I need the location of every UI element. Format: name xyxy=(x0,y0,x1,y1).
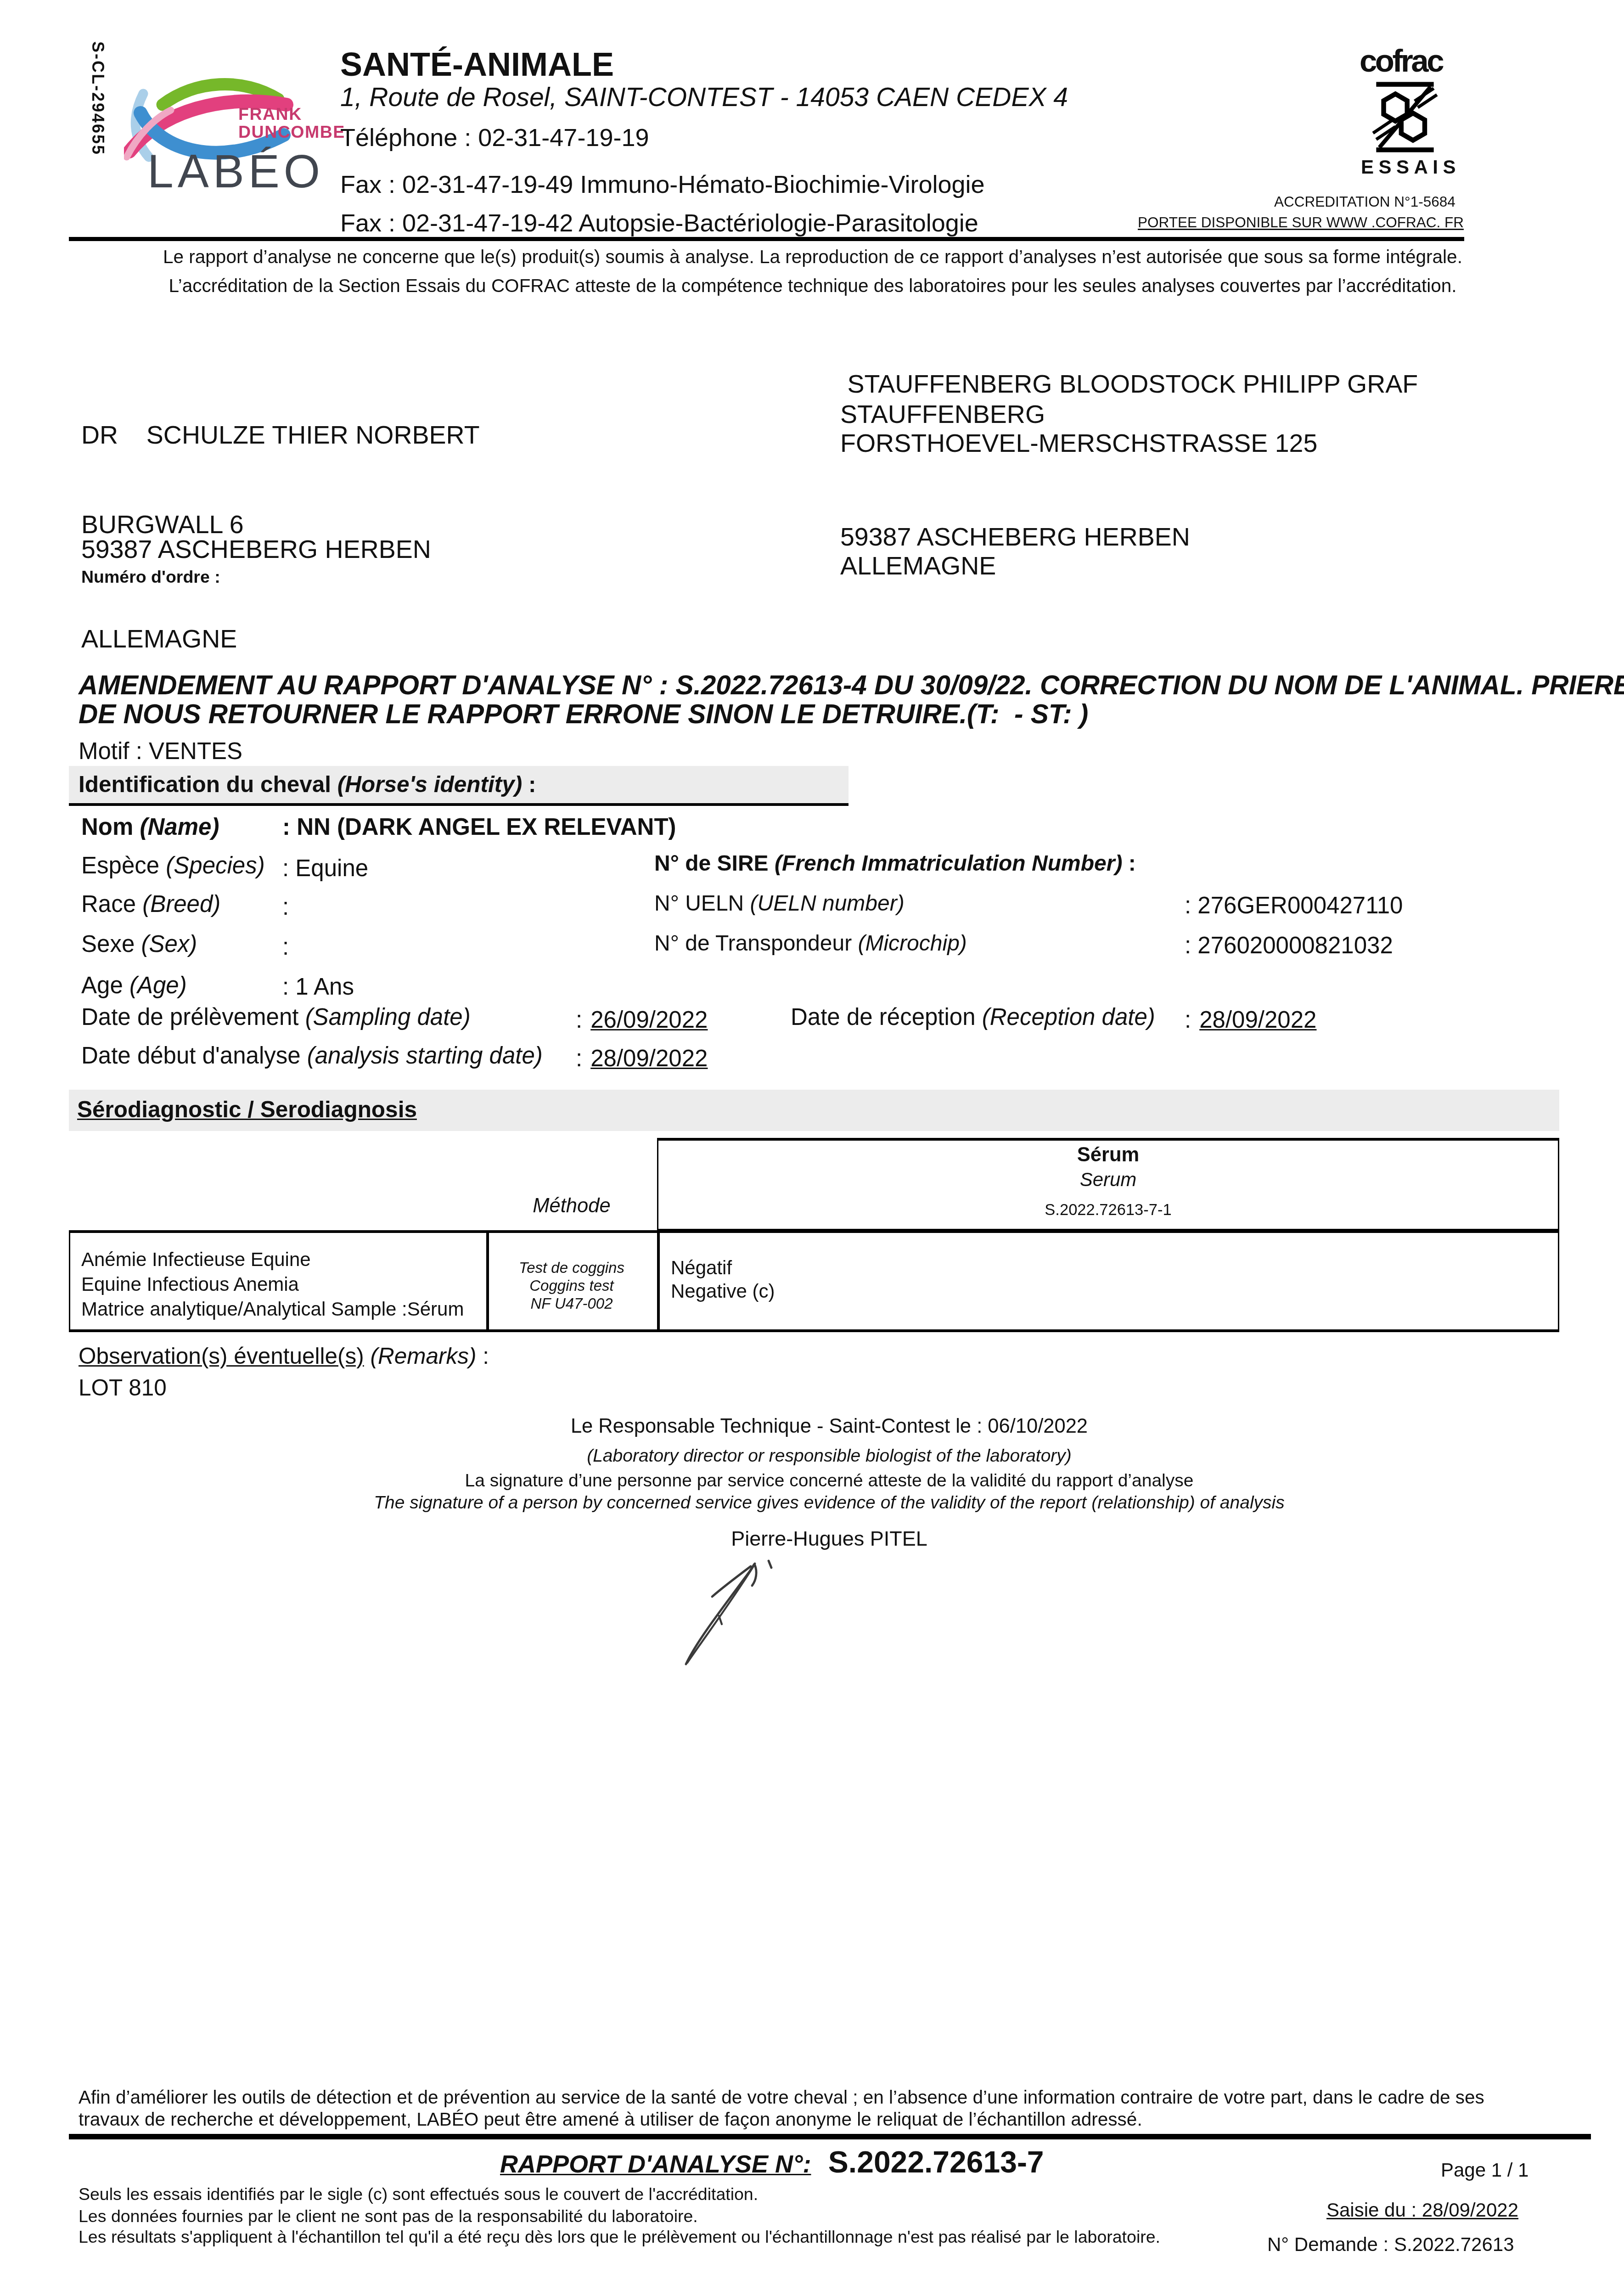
order-number-label: Numéro d'ordre : xyxy=(81,568,220,587)
department-title: SANTÉ-ANIMALE xyxy=(340,47,614,85)
research-notice-line-1: Afin d’améliorer les outils de détection… xyxy=(79,2087,1484,2108)
validity-line-fr: La signature d’une personne par service … xyxy=(69,1470,1590,1491)
identification-title-fr: Identification du cheval xyxy=(79,773,337,798)
cofrac-wordmark: cofrac xyxy=(1360,43,1442,80)
signer-name: Pierre-Hugues PITEL xyxy=(69,1528,1590,1551)
lab-address: 1, Route de Rosel, SAINT-CONTEST - 14053… xyxy=(340,84,1068,114)
identification-section-title: Identification du cheval (Horse's identi… xyxy=(79,773,536,799)
motif-line: Motif : VENTES xyxy=(79,738,242,766)
report-number-label: RAPPORT D'ANALYSE N°: xyxy=(500,2150,811,2178)
observations-label-fr: Observation(s) éventuelle(s) xyxy=(79,1345,364,1369)
footer-divider xyxy=(69,2134,1591,2139)
age-label: Age (Age) xyxy=(81,973,187,1000)
analysis-start-date-value: :28/09/2022 xyxy=(576,1046,708,1073)
sex-value: : xyxy=(282,934,289,962)
observations-value: LOT 810 xyxy=(79,1376,167,1402)
amendment-line-1: AMENDEMENT AU RAPPORT D'ANALYSE N° : S.2… xyxy=(79,671,1624,703)
analysis-name-en: Equine Infectious Anemia xyxy=(81,1273,299,1295)
identification-title-en: (Horse's identity) xyxy=(337,773,522,798)
sample-name-en: Serum xyxy=(657,1168,1559,1190)
footer-note-2: Les données fournies par le client ne so… xyxy=(79,2207,698,2226)
report-number-value: S.2022.72613-7 xyxy=(828,2145,1044,2179)
microchip-label: N° de Transpondeur (Microchip) xyxy=(654,933,967,957)
breed-label: Race (Breed) xyxy=(81,891,220,919)
recipient-line: 59387 ASCHEBERG HERBEN xyxy=(840,522,1501,551)
serodiagnosis-section-title: Sérodiagnostic / Serodiagnosis xyxy=(77,1098,417,1124)
sender-line: ALLEMAGNE xyxy=(81,624,431,653)
lab-fax1: Fax : 02-31-47-19-49 Immuno-Hémato-Bioch… xyxy=(340,171,985,200)
disclaimer-line-1: Le rapport d’analyse ne concerne que le(… xyxy=(55,247,1570,267)
breed-value: : xyxy=(282,894,289,922)
sampling-date-value: :26/09/2022 xyxy=(576,1007,708,1035)
sample-id: S.2022.72613-7-1 xyxy=(657,1203,1559,1219)
observations-label-en: (Remarks) xyxy=(364,1345,477,1369)
result-en: Negative (c) xyxy=(671,1280,775,1302)
recipient-line: STAUFFENBERG xyxy=(840,399,1501,429)
sampling-date-label: Date de prélèvement (Sampling date) xyxy=(81,1004,471,1032)
sex-label: Sexe (Sex) xyxy=(81,931,197,959)
report-number-line: RAPPORT D'ANALYSE N°: S.2022.72613-7 xyxy=(500,2145,1044,2181)
labeo-brand-frank-duncombe: FRANK DUNCOMBE xyxy=(238,106,345,142)
recipient-line: FORSTHOEVEL-MERSCHSTRASSE 125 xyxy=(840,428,1501,458)
analysis-name-fr: Anémie Infectieuse Equine xyxy=(81,1248,311,1270)
method-column-header: Méthode xyxy=(486,1196,657,1218)
sample-name-fr: Sérum xyxy=(657,1145,1559,1167)
analysis-start-date-label: Date début d'analyse (analysis starting … xyxy=(81,1043,543,1070)
result-fr: Négatif xyxy=(671,1256,732,1278)
name-value: : NN (DARK ANGEL EX RELEVANT) xyxy=(282,814,676,842)
table-col-divider-2 xyxy=(657,1230,659,1332)
sender-line: DR SCHULZE THIER NORBERT xyxy=(81,420,480,450)
sender-line: 59387 ASCHEBERG HERBEN xyxy=(81,535,431,564)
observations-label-suffix: : xyxy=(477,1345,489,1369)
labeo-wordmark: LABÉO xyxy=(147,146,324,200)
ueln-value: : 276GER000427110 xyxy=(1185,893,1403,920)
cofrac-accreditation-number: ACCREDITATION N°1-5684 xyxy=(1274,194,1455,211)
observations-label: Observation(s) éventuelle(s) (Remarks) : xyxy=(79,1345,489,1371)
species-value: : Equine xyxy=(282,855,368,883)
method-name-en: Coggins test xyxy=(486,1278,657,1295)
amendment-line-2: DE NOUS RETOURNER LE RAPPORT ERRONE SINO… xyxy=(79,700,1088,732)
ueln-label: N° UELN (UELN number) xyxy=(654,893,905,917)
analysis-matrix: Matrice analytique/Analytical Sample :Sé… xyxy=(81,1298,464,1320)
sire-label: N° de SIRE (French Immatriculation Numbe… xyxy=(654,853,1136,878)
request-number: N° Demande : S.2022.72613 xyxy=(1267,2233,1514,2255)
page-indicator: Page 1 / 1 xyxy=(1441,2159,1528,2181)
disclaimer-line-2: L’accréditation de la Section Essais du … xyxy=(55,276,1570,296)
method-reference: NF U47-002 xyxy=(486,1296,657,1313)
footer-note-1: Seuls les essais identifiés par le sigle… xyxy=(79,2185,758,2204)
cofrac-portee-link: PORTEE DISPONIBLE SUR WWW .COFRAC. FR xyxy=(1138,215,1464,231)
reception-date-label: Date de réception (Reception date) xyxy=(791,1004,1155,1032)
reception-date-value: :28/09/2022 xyxy=(1185,1007,1316,1035)
species-label: Espèce (Species) xyxy=(81,853,265,880)
document-side-code: S-CL-294655 xyxy=(88,41,107,156)
age-value: : 1 Ans xyxy=(282,974,354,1002)
recipient-line: ALLEMAGNE xyxy=(840,551,1501,574)
lab-phone: Téléphone : 02-31-47-19-19 xyxy=(340,124,649,153)
director-line-en: (Laboratory director or responsible biol… xyxy=(69,1445,1590,1466)
recipient-line: STAUFFENBERG BLOODSTOCK PHILIPP GRAF xyxy=(840,369,1501,399)
lab-fax2: Fax : 02-31-47-19-42 Autopsie-Bactériolo… xyxy=(340,209,978,238)
header-divider xyxy=(69,237,1464,241)
brand-duncombe: DUNCOMBE xyxy=(238,124,345,142)
responsible-line: Le Responsable Technique - Saint-Contest… xyxy=(69,1416,1590,1438)
validity-line-en: The signature of a person by concerned s… xyxy=(69,1492,1590,1513)
analysis-report-page: S-CL-294655 FRANK DUNCOMBE LABÉO SANTÉ-A… xyxy=(0,0,1624,2296)
handwritten-signature xyxy=(678,1554,788,1671)
cofrac-logo-graphic xyxy=(1365,80,1445,154)
name-label: Nom (Name) xyxy=(81,814,219,842)
recipient-address-block: STAUFFENBERG BLOODSTOCK PHILIPP GRAF STA… xyxy=(840,369,1501,574)
entry-date: Saisie du : 28/09/2022 xyxy=(1326,2199,1518,2221)
method-name-fr: Test de coggins xyxy=(486,1261,657,1277)
research-notice-line-2: travaux de recherche et développement, L… xyxy=(79,2109,1142,2130)
cofrac-essais-label: ESSAIS xyxy=(1361,156,1461,178)
brand-frank: FRANK xyxy=(238,106,345,124)
footer-note-3: Les résultats s'appliquent à l'échantill… xyxy=(79,2228,1160,2247)
microchip-value: : 276020000821032 xyxy=(1185,933,1393,960)
identification-title-suffix: : xyxy=(522,773,536,798)
